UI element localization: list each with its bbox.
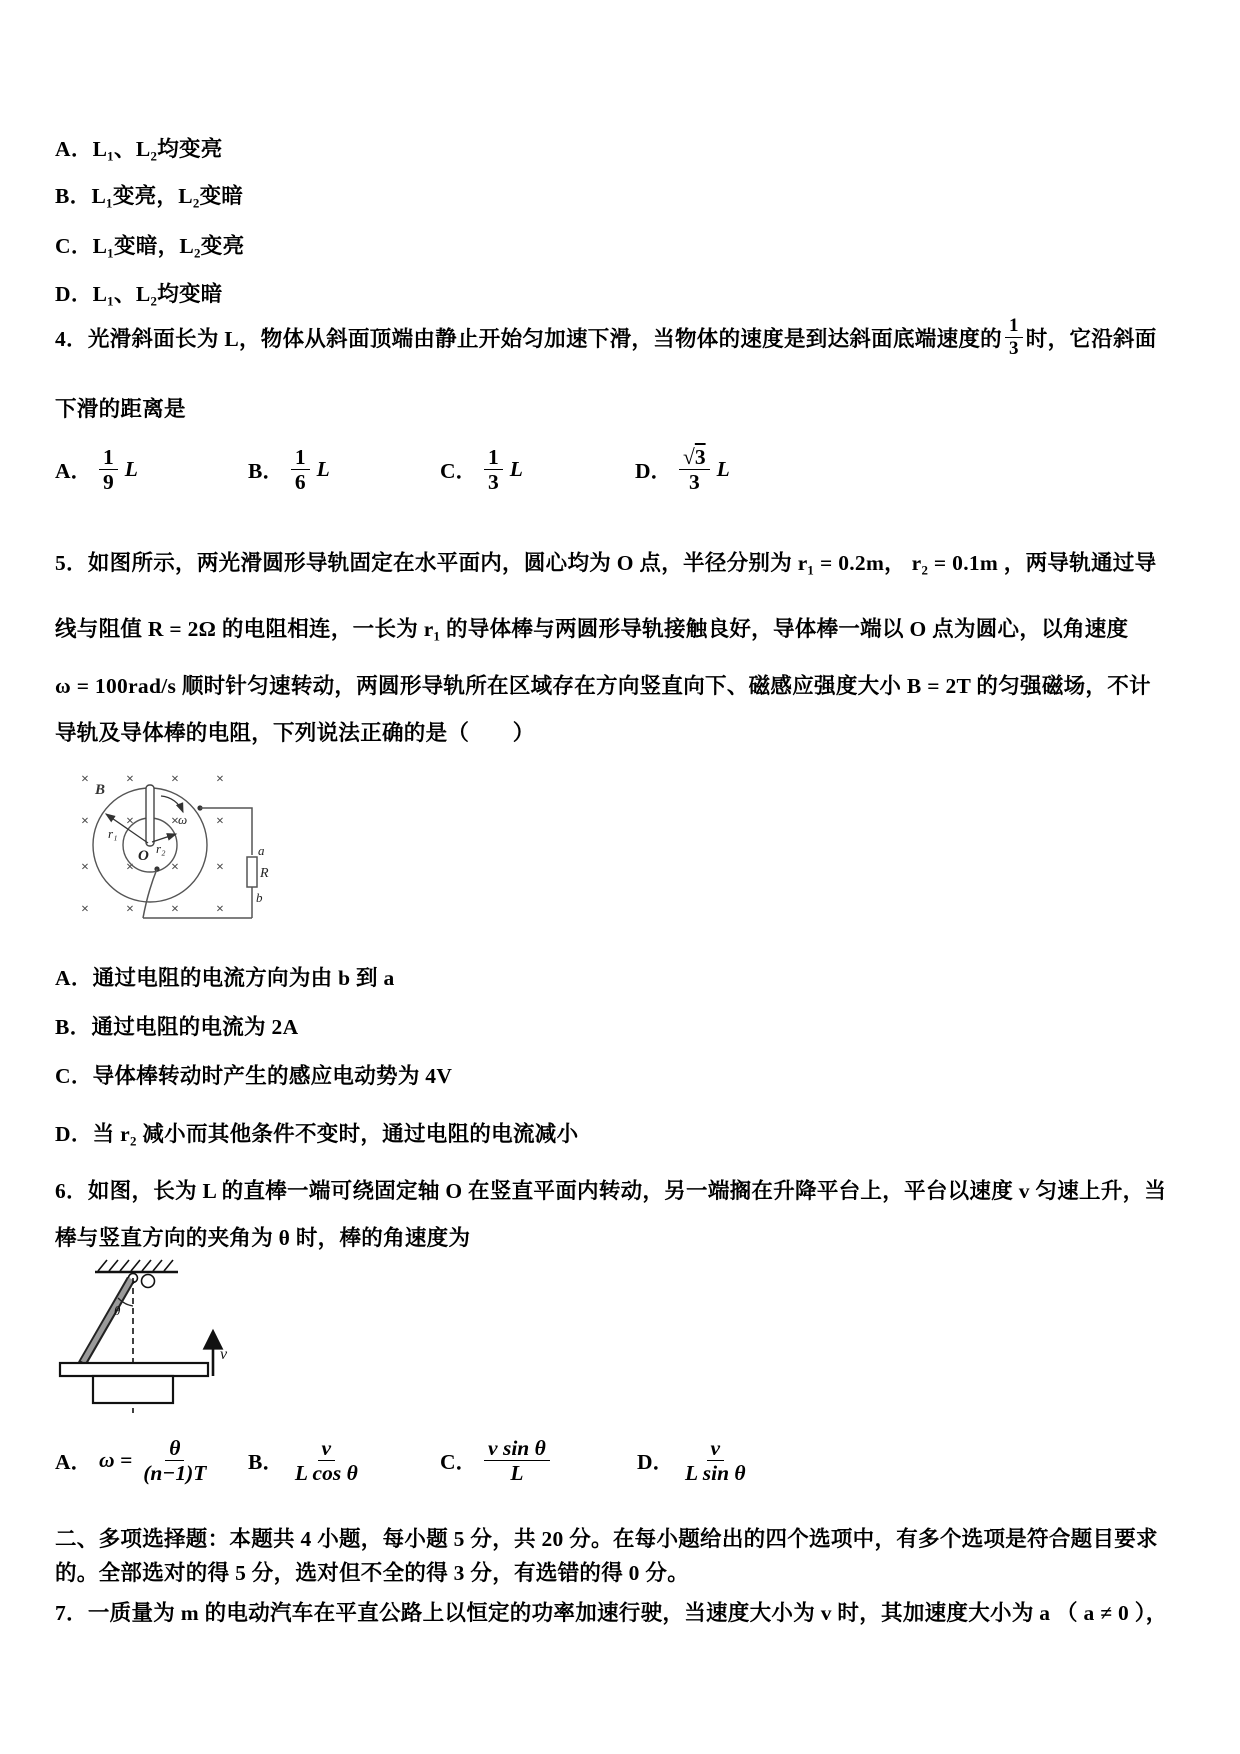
q6-option-c: C． v sin θL bbox=[440, 1436, 550, 1485]
q5-stem-line4: 导轨及导体棒的电阻，下列说法正确的是（ ） bbox=[55, 716, 535, 747]
q7-stem-line1: 7．一质量为 m 的电动汽车在平直公路上以恒定的功率加速行驶，当速度大小为 v … bbox=[55, 1596, 1168, 1627]
r1-label: r₁ bbox=[108, 826, 118, 841]
r2-label: r₂ bbox=[156, 841, 166, 856]
q5-stem-line1: 5．如图所示，两光滑圆形导轨固定在水平面内，圆心均为 O 点，半径分别为 r₁ … bbox=[55, 546, 1156, 577]
q4-option-a: A． 19 L bbox=[55, 445, 138, 494]
q5-option-c: C．导体棒转动时产生的感应电动势为 4V bbox=[55, 1059, 452, 1090]
q6-option-b: B． vL cos θ bbox=[248, 1436, 362, 1485]
rod bbox=[83, 1279, 131, 1362]
center-o-label: O bbox=[138, 848, 149, 864]
q4-stem-line2: 下滑的距离是 bbox=[55, 392, 186, 423]
q6-option-a-prefix: ω = bbox=[99, 1448, 132, 1473]
q4-stem-text-pre: 4．光滑斜面长为 L，物体从斜面顶端由静止开始匀加速下滑，当物体的速度是到达斜面… bbox=[55, 322, 1002, 353]
q5-option-d: D．当 r₂ 减小而其他条件不变时，通过电阻的电流减小 bbox=[55, 1117, 578, 1148]
q4-option-d-var: L bbox=[717, 457, 730, 482]
q5-stem-line3: ω = 100rad/s 顺时针匀速转动，两圆形导轨所在区域存在方向竖直向下、磁… bbox=[55, 669, 1151, 700]
platform-support bbox=[93, 1376, 173, 1403]
resistor bbox=[247, 857, 257, 887]
q4-option-d-sqrt: √3 bbox=[679, 445, 710, 470]
q4-stem-text-post: 时，它沿斜面 bbox=[1026, 322, 1157, 353]
q5-circuit-diagram: ×××× ×××× ×××× ×××× B ω r₁ r₂ O a R b bbox=[60, 763, 295, 933]
svg-text:×: × bbox=[81, 902, 89, 917]
q6-stem-line2: 棒与竖直方向的夹角为 θ 时，棒的角速度为 bbox=[55, 1221, 470, 1252]
terminal-a-label: a bbox=[258, 843, 265, 858]
q4-option-c-var: L bbox=[510, 457, 523, 482]
b-field-label: B bbox=[94, 782, 105, 798]
section2-header-line1: 二、多项选择题：本题共 4 小题，每小题 5 分，共 20 分。在每小题给出的四… bbox=[55, 1522, 1158, 1553]
svg-text:×: × bbox=[81, 860, 89, 875]
q5-stem-line2: 线与阻值 R = 2Ω 的电阻相连，一长为 r₁ 的导体棒与两圆形导轨接触良好，… bbox=[55, 612, 1128, 643]
conducting-rod bbox=[146, 785, 154, 846]
wire-top bbox=[200, 808, 252, 855]
svg-text:×: × bbox=[171, 772, 179, 787]
section2-header-line2: 的。全部选对的得 5 分，选对但不全的得 3 分，有选错的得 0 分。 bbox=[55, 1556, 689, 1587]
q6-option-d: D． vL sin θ bbox=[637, 1436, 750, 1485]
q5-option-a: A．通过电阻的电流方向为由 b 到 a bbox=[55, 961, 395, 992]
wire-left bbox=[143, 869, 157, 918]
q4-option-d: D． √3 3 L bbox=[635, 445, 730, 494]
q3-option-c: C．L₁变暗，L₂变亮 bbox=[55, 229, 244, 260]
omega-label: ω bbox=[178, 812, 187, 827]
svg-text:×: × bbox=[216, 902, 224, 917]
q6-rod-platform-diagram: θ v bbox=[52, 1252, 242, 1420]
svg-text:×: × bbox=[126, 902, 134, 917]
q4-option-c: C． 13 L bbox=[440, 445, 523, 494]
ceiling-hatching bbox=[98, 1260, 173, 1271]
q4-stem-line1: 4．光滑斜面长为 L，物体从斜面顶端由静止开始匀加速下滑，当物体的速度是到达斜面… bbox=[55, 302, 1157, 372]
terminal-b-label: b bbox=[256, 890, 263, 905]
svg-text:×: × bbox=[126, 772, 134, 787]
q5-option-b: B．通过电阻的电流为 2A bbox=[55, 1010, 298, 1041]
exam-page: A．L₁、L₂均变亮 B．L₁变亮，L₂变暗 C．L₁变暗，L₂变亮 D．L₁、… bbox=[0, 0, 1240, 1754]
svg-text:×: × bbox=[171, 860, 179, 875]
q4-option-b-var: L bbox=[317, 457, 330, 482]
q4-inline-fraction: 1 3 bbox=[1005, 315, 1023, 359]
q3-option-b: B．L₁变亮，L₂变暗 bbox=[55, 179, 243, 210]
svg-text:×: × bbox=[216, 772, 224, 787]
svg-text:×: × bbox=[81, 814, 89, 829]
q3-option-a: A．L₁、L₂均变亮 bbox=[55, 132, 223, 163]
q4-option-b: B． 16 L bbox=[248, 445, 330, 494]
rotation-arrow bbox=[161, 796, 183, 812]
svg-text:×: × bbox=[171, 902, 179, 917]
q6-option-a: A． ω = θ(n−1)T bbox=[55, 1436, 210, 1485]
resistor-label: R bbox=[259, 866, 269, 881]
svg-text:×: × bbox=[216, 860, 224, 875]
velocity-label: v bbox=[220, 1346, 228, 1363]
platform bbox=[60, 1363, 208, 1376]
svg-text:×: × bbox=[81, 772, 89, 787]
q6-stem-line1: 6．如图，长为 L 的直棒一端可绕固定轴 O 在竖直平面内转动，另一端搁在升降平… bbox=[55, 1174, 1166, 1205]
q4-option-a-var: L bbox=[125, 457, 138, 482]
svg-text:×: × bbox=[216, 814, 224, 829]
pivot-ring bbox=[142, 1275, 155, 1288]
theta-label: θ bbox=[114, 1303, 121, 1318]
